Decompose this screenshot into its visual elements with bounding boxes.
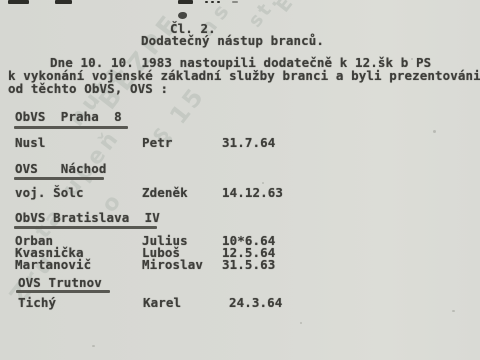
entry-surname: voj. Šolc — [15, 186, 84, 199]
paragraph-line: od těchto ObVS, OVS : — [8, 82, 168, 95]
heading-underline — [14, 177, 104, 180]
entry-first-name: Karel — [143, 296, 181, 309]
entry-birth-date: 31.7.64 — [222, 136, 275, 149]
scan-artifact — [178, 0, 193, 4]
paper-speck — [452, 310, 455, 312]
scan-artifact — [211, 1, 214, 3]
scan-artifact — [55, 0, 72, 4]
heading-underline — [14, 126, 128, 129]
entry-birth-date: 24.3.64 — [229, 296, 282, 309]
entry-first-name: Miroslav — [142, 258, 203, 271]
scan-artifact — [8, 0, 29, 4]
entry-first-name: Zdeněk — [142, 186, 188, 199]
paper-speck — [300, 322, 302, 324]
section-heading: OVS Trutnov — [18, 276, 102, 289]
section-heading: ObVS Bratislava IV — [15, 211, 160, 224]
paper-speck — [433, 130, 436, 133]
entry-surname: Martanovič — [15, 258, 91, 271]
entry-surname: Tichý — [18, 296, 56, 309]
section-heading: OVS Náchod — [15, 162, 107, 175]
entry-first-name: Petr — [142, 136, 173, 149]
heading-underline — [14, 226, 157, 229]
paper-speck — [262, 182, 264, 184]
heading-underline — [16, 290, 110, 293]
entry-birth-date: 14.12.63 — [222, 186, 283, 199]
entry-birth-date: 31.5.63 — [222, 258, 275, 271]
scan-artifact — [217, 1, 220, 3]
scan-artifact — [205, 1, 208, 3]
scan-artifact — [232, 1, 238, 3]
article-title: Dodatečný nástup branců. — [141, 34, 324, 47]
section-heading: ObVS Praha 8 — [15, 110, 122, 123]
ink-blot — [178, 12, 187, 19]
scanned-document-page: BEZPE ns st. § 15 nuta upeň ta o Zru E Č… — [0, 0, 480, 360]
paper-speck — [92, 345, 95, 347]
entry-surname: Nusl — [15, 136, 46, 149]
